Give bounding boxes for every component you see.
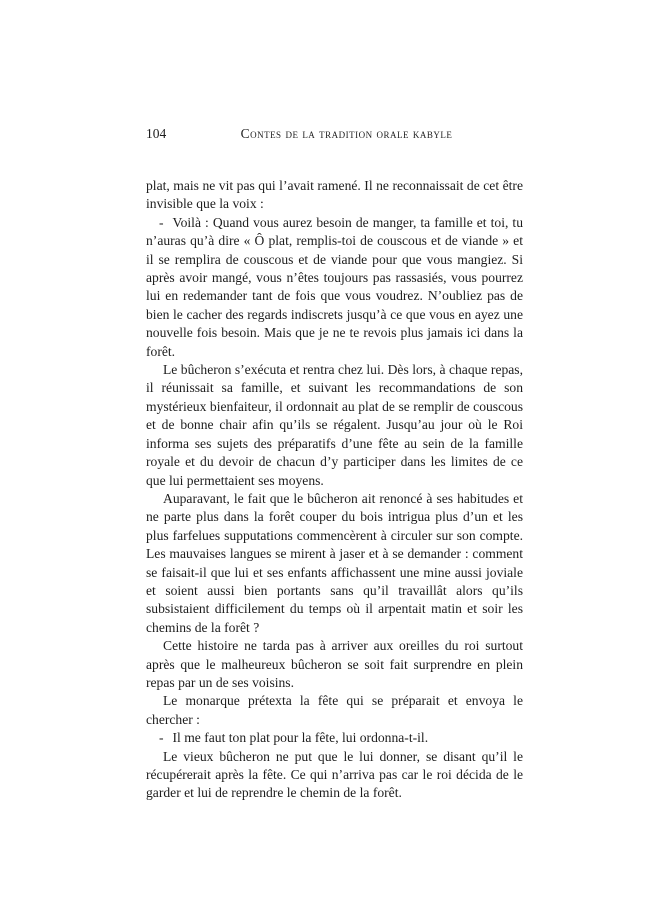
running-title: Contes de la tradition orale kabyle — [146, 126, 523, 141]
book-page: 104 Contes de la tradition orale kabyle … — [0, 0, 650, 920]
page-body: plat, mais ne vit pas qui l’avait ramené… — [146, 177, 523, 803]
paragraph: Auparavant, le fait que le bûcheron ait … — [146, 490, 523, 637]
paragraph: Le vieux bûcheron ne put que le lui donn… — [146, 748, 523, 803]
paragraph: Cette histoire ne tarda pas à arriver au… — [146, 637, 523, 692]
paragraph: Le monarque prétexta la fête qui se prép… — [146, 692, 523, 729]
running-head: 104 Contes de la tradition orale kabyle — [146, 126, 523, 144]
dialogue-text: Il me faut ton plat pour la fête, lui or… — [173, 730, 429, 745]
dialogue-line: -Voilà : Quand vous aurez besoin de mang… — [146, 214, 523, 361]
paragraph-continuation: plat, mais ne vit pas qui l’avait ramené… — [146, 177, 523, 214]
dialogue-dash: - — [159, 215, 164, 230]
dialogue-line: -Il me faut ton plat pour la fête, lui o… — [146, 729, 523, 747]
dialogue-text: Voilà : Quand vous aurez besoin de mange… — [146, 215, 523, 359]
dialogue-dash: - — [159, 730, 164, 745]
paragraph: Le bûcheron s’exécuta et rentra chez lui… — [146, 361, 523, 490]
page-number: 104 — [146, 126, 166, 141]
